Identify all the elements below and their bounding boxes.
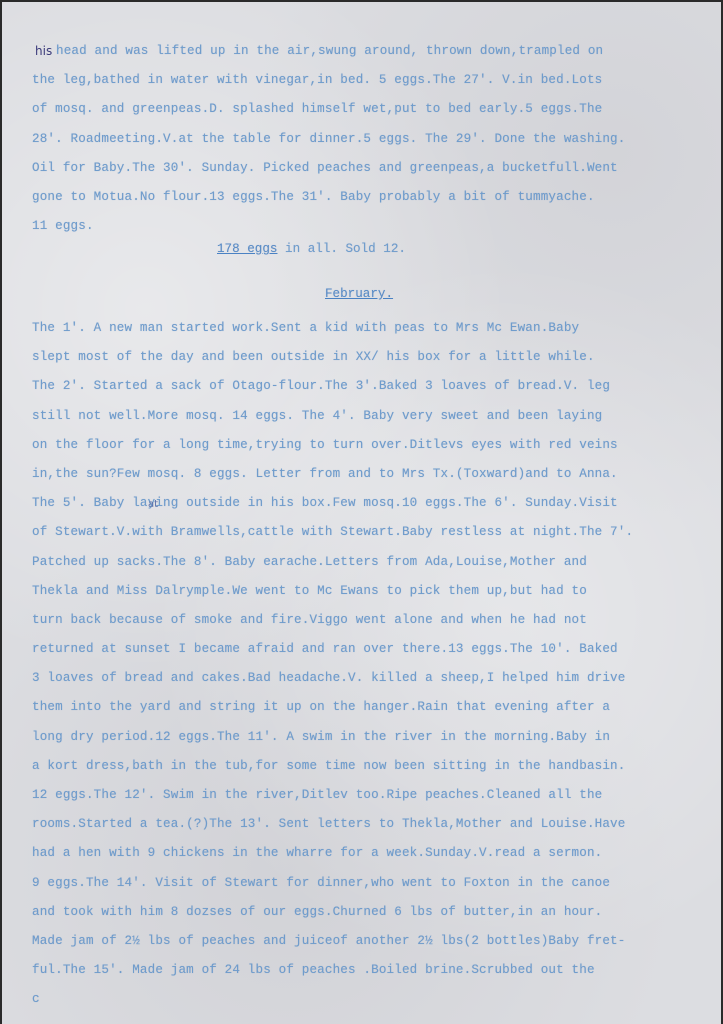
diary-line: them into the yard and string it up on t…	[32, 693, 712, 722]
february-text-block: The 1'. A new man started work.Sent a ki…	[32, 314, 712, 1015]
diary-line: gone to Motua.No flour.13 eggs.The 31'. …	[32, 183, 712, 212]
egg-summary-rest: in all. Sold 12.	[277, 242, 405, 256]
diary-line: slept most of the day and been outside i…	[32, 343, 712, 372]
egg-total: 178 eggs	[217, 242, 277, 256]
diary-line: 28'. Roadmeeting.V.at the table for dinn…	[32, 125, 712, 154]
diary-line: c	[32, 985, 712, 1014]
diary-line: had a hen with 9 chickens in the wharre …	[32, 839, 712, 868]
diary-line: on the floor for a long time,trying to t…	[32, 431, 712, 460]
diary-line: The 1'. A new man started work.Sent a ki…	[32, 314, 712, 343]
diary-line: 11 eggs.	[32, 212, 712, 241]
diary-line: rooms.Started a tea.(?)The 13'. Sent let…	[32, 810, 712, 839]
diary-line: Thekla and Miss Dalrymple.We went to Mc …	[32, 577, 712, 606]
diary-line: of mosq. and greenpeas.D. splashed himse…	[32, 95, 712, 124]
diary-line: The 2'. Started a sack of Otago-flour.Th…	[32, 372, 712, 401]
diary-text-block: head and was lifted up in the air,swung …	[32, 37, 712, 241]
diary-line: Oil for Baby.The 30'. Sunday. Picked pea…	[32, 154, 712, 183]
egg-summary: 178 eggs in all. Sold 12.	[217, 242, 406, 256]
diary-line: Made jam of 2½ lbs of peaches and juiceo…	[32, 927, 712, 956]
diary-line: turn back because of smoke and fire.Vigg…	[32, 606, 712, 635]
diary-line: 9 eggs.The 14'. Visit of Stewart for din…	[32, 869, 712, 898]
diary-line: the leg,bathed in water with vinegar,in …	[32, 66, 712, 95]
diary-line: in,the sun?Few mosq. 8 eggs. Letter from…	[32, 460, 712, 489]
document-page: his head and was lifted up in the air,sw…	[0, 0, 723, 1024]
diary-line: head and was lifted up in the air,swung …	[32, 37, 712, 66]
diary-line: The 5'. Baby laying outside in his box.F…	[32, 489, 712, 518]
month-heading: February.	[325, 287, 393, 301]
diary-line: returned at sunset I became afraid and r…	[32, 635, 712, 664]
diary-line: 12 eggs.The 12'. Swim in the river,Ditle…	[32, 781, 712, 810]
diary-line: still not well.More mosq. 14 eggs. The 4…	[32, 402, 712, 431]
diary-line: Patched up sacks.The 8'. Baby earache.Le…	[32, 548, 712, 577]
diary-line: a kort dress,bath in the tub,for some ti…	[32, 752, 712, 781]
diary-line: 3 loaves of bread and cakes.Bad headache…	[32, 664, 712, 693]
diary-line: ful.The 15'. Made jam of 24 lbs of peach…	[32, 956, 712, 985]
diary-line: of Stewart.V.with Bramwells,cattle with …	[32, 518, 712, 547]
diary-line: long dry period.12 eggs.The 11'. A swim …	[32, 723, 712, 752]
handwritten-annotation-at: at	[148, 499, 158, 510]
diary-line: and took with him 8 dozses of our eggs.C…	[32, 898, 712, 927]
